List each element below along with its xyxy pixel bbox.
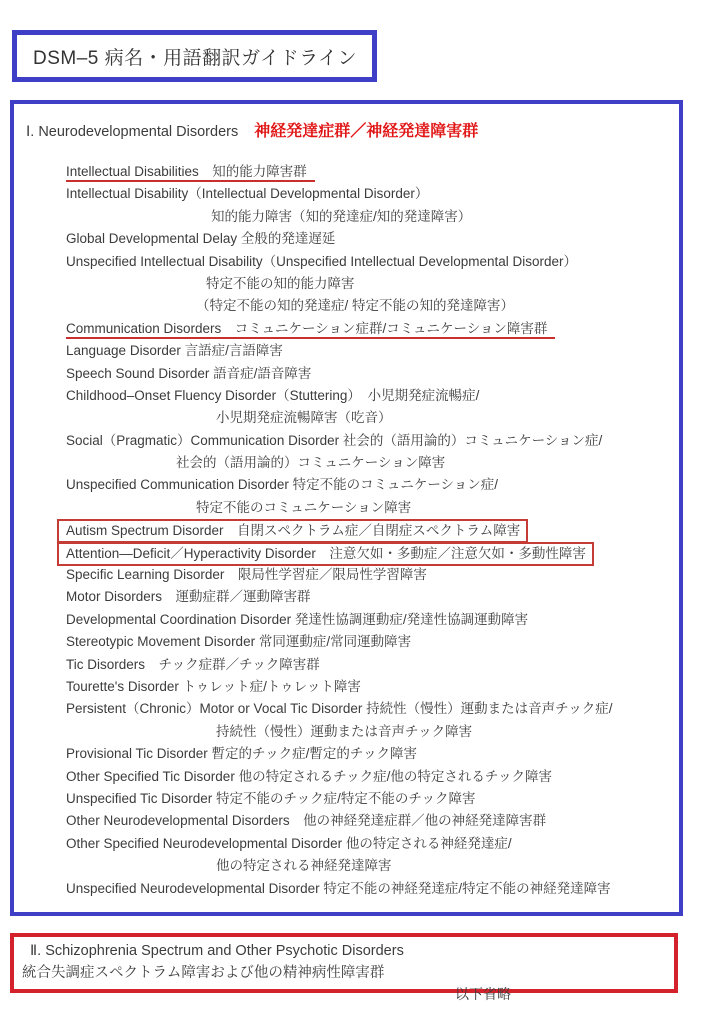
entry-text: Specific Learning Disorder 限局性学習症／限局性学習障…: [66, 567, 427, 582]
list-item: Unspecified Tic Disorder 特定不能のチック症/特定不能の…: [66, 788, 679, 810]
list-item: Other Neurodevelopmental Disorders 他の神経発…: [66, 810, 679, 832]
list-item: Attention—Deficit／Hyperactivity Disorder…: [66, 542, 679, 564]
entry-line: 知的能力障害（知的発達症/知的発達障害）: [66, 206, 679, 228]
entry-text: Other Specified Tic Disorder 他の特定されるチック症…: [66, 769, 552, 784]
entry-line: Other Neurodevelopmental Disorders 他の神経発…: [66, 810, 679, 832]
entry-text: 持続性（慢性）運動または音声チック障害: [216, 724, 472, 739]
footer-note: 以下省略: [455, 984, 511, 1004]
entry-line: Unspecified Tic Disorder 特定不能のチック症/特定不能の…: [66, 788, 679, 810]
entry-line: Language Disorder 言語症/言語障害: [66, 340, 679, 362]
document-title: DSM–5 病名・用語翻訳ガイドライン: [33, 43, 357, 70]
entry-text-box: Attention—Deficit／Hyperactivity Disorder…: [57, 542, 594, 566]
entry-text: 特定不能の知的能力障害: [206, 276, 355, 291]
section1-entry-list: Intellectual Disabilities 知的能力障害群Intelle…: [14, 161, 679, 900]
entry-line: 社会的（語用論的）コミュニケーション障害: [66, 452, 679, 474]
document-title-box: DSM–5 病名・用語翻訳ガイドライン: [12, 30, 377, 82]
entry-line: 持続性（慢性）運動または音声チック障害: [66, 721, 679, 743]
entry-text: Tic Disorders チック症群／チック障害群: [66, 657, 320, 672]
entry-line: Provisional Tic Disorder 暫定的チック症/暫定的チック障…: [66, 743, 679, 765]
list-item: Childhood–Onset Fluency Disorder（Stutter…: [66, 385, 679, 430]
entry-text: Unspecified Intellectual Disability（Unsp…: [66, 254, 577, 269]
list-item: Language Disorder 言語症/言語障害: [66, 340, 679, 362]
section2-panel: Ⅱ. Schizophrenia Spectrum and Other Psyc…: [10, 933, 678, 993]
entry-text: Developmental Coordination Disorder 発達性協…: [66, 612, 528, 627]
list-item: Stereotypic Movement Disorder 常同運動症/常同運動…: [66, 631, 679, 653]
list-item: Intellectual Disability（Intellectual Dev…: [66, 183, 679, 228]
entry-text-underline: Communication Disorders コミュニケーション症群/コミュニ…: [66, 321, 555, 339]
entry-line: Unspecified Neurodevelopmental Disorder …: [66, 878, 679, 900]
entry-line: Childhood–Onset Fluency Disorder（Stutter…: [66, 385, 679, 407]
entry-line: 特定不能の知的能力障害: [66, 273, 679, 295]
list-item: Unspecified Communication Disorder 特定不能の…: [66, 474, 679, 519]
entry-line: Specific Learning Disorder 限局性学習症／限局性学習障…: [66, 564, 679, 586]
entry-line: 特定不能のコミュニケーション障害: [66, 497, 679, 519]
entry-line: （特定不能の知的発達症/ 特定不能の知的発達障害）: [66, 295, 679, 317]
entry-line: Global Developmental Delay 全般的発達遅延: [66, 228, 679, 250]
section1-heading-ja: 神経発達症群／神経発達障害群: [254, 123, 478, 140]
entry-line: Social（Pragmatic）Communication Disorder …: [66, 430, 679, 452]
entry-text-box: Autism Spectrum Disorder 自閉スペクトラム症／自閉症スペ…: [57, 519, 528, 543]
list-item: Intellectual Disabilities 知的能力障害群: [66, 161, 679, 183]
list-item: Provisional Tic Disorder 暫定的チック症/暫定的チック障…: [66, 743, 679, 765]
list-item: Motor Disorders 運動症群／運動障害群: [66, 586, 679, 608]
entry-line: Communication Disorders コミュニケーション症群/コミュニ…: [66, 318, 679, 340]
entry-text: Unspecified Tic Disorder 特定不能のチック症/特定不能の…: [66, 791, 476, 806]
entry-line: Other Specified Tic Disorder 他の特定されるチック症…: [66, 766, 679, 788]
list-item: Communication Disorders コミュニケーション症群/コミュニ…: [66, 318, 679, 340]
entry-line: Speech Sound Disorder 語音症/語音障害: [66, 363, 679, 385]
entry-text: Speech Sound Disorder 語音症/語音障害: [66, 366, 311, 381]
list-item: Tic Disorders チック症群／チック障害群: [66, 654, 679, 676]
entry-text: Motor Disorders 運動症群／運動障害群: [66, 589, 311, 604]
entry-text: Language Disorder 言語症/言語障害: [66, 343, 283, 358]
entry-text: Tourette's Disorder トゥレット症/トゥレット障害: [66, 679, 361, 694]
list-item: Global Developmental Delay 全般的発達遅延: [66, 228, 679, 250]
list-item: Persistent（Chronic）Motor or Vocal Tic Di…: [66, 698, 679, 743]
list-item: Unspecified Neurodevelopmental Disorder …: [66, 878, 679, 900]
entry-line: Unspecified Intellectual Disability（Unsp…: [66, 251, 679, 273]
list-item: Other Specified Tic Disorder 他の特定されるチック症…: [66, 766, 679, 788]
entry-text: Global Developmental Delay 全般的発達遅延: [66, 231, 335, 246]
list-item: Specific Learning Disorder 限局性学習症／限局性学習障…: [66, 564, 679, 586]
entry-text: Provisional Tic Disorder 暫定的チック症/暫定的チック障…: [66, 746, 417, 761]
entry-text: 小児期発症流暢障害（吃音）: [216, 410, 392, 425]
entry-text: Unspecified Communication Disorder 特定不能の…: [66, 477, 498, 492]
entry-text: 知的能力障害（知的発達症/知的発達障害）: [211, 209, 471, 224]
entry-text: Childhood–Onset Fluency Disorder（Stutter…: [66, 388, 479, 403]
entry-text-underline: Intellectual Disabilities 知的能力障害群: [66, 164, 315, 182]
section2-heading-en: Ⅱ. Schizophrenia Spectrum and Other Psyc…: [14, 940, 674, 962]
entry-line: Attention—Deficit／Hyperactivity Disorder…: [66, 542, 679, 564]
entry-line: Tic Disorders チック症群／チック障害群: [66, 654, 679, 676]
entry-text: （特定不能の知的発達症/ 特定不能の知的発達障害）: [196, 298, 514, 313]
entry-line: Autism Spectrum Disorder 自閉スペクトラム症／自閉症スペ…: [66, 519, 679, 541]
entry-text: 社会的（語用論的）コミュニケーション障害: [176, 455, 445, 470]
entry-line: Intellectual Disability（Intellectual Dev…: [66, 183, 679, 205]
list-item: Social（Pragmatic）Communication Disorder …: [66, 430, 679, 475]
section2-heading-ja: 統合失調症スペクトラム障害および他の精神病性障害群: [14, 962, 674, 984]
list-item: Autism Spectrum Disorder 自閉スペクトラム症／自閉症スペ…: [66, 519, 679, 541]
section1-heading: Ⅰ. Neurodevelopmental Disorders神経発達症群／神経…: [14, 104, 679, 141]
entry-text: Other Neurodevelopmental Disorders 他の神経発…: [66, 813, 546, 828]
entry-line: 小児期発症流暢障害（吃音）: [66, 407, 679, 429]
entry-line: Motor Disorders 運動症群／運動障害群: [66, 586, 679, 608]
entry-text: Social（Pragmatic）Communication Disorder …: [66, 433, 602, 448]
entry-text: Unspecified Neurodevelopmental Disorder …: [66, 881, 611, 896]
list-item: Other Specified Neurodevelopmental Disor…: [66, 833, 679, 878]
entry-text: Intellectual Disability（Intellectual Dev…: [66, 186, 428, 201]
entry-text: Persistent（Chronic）Motor or Vocal Tic Di…: [66, 701, 612, 716]
entry-line: Tourette's Disorder トゥレット症/トゥレット障害: [66, 676, 679, 698]
entry-line: Other Specified Neurodevelopmental Disor…: [66, 833, 679, 855]
entry-text: 特定不能のコミュニケーション障害: [196, 500, 411, 515]
entry-line: Stereotypic Movement Disorder 常同運動症/常同運動…: [66, 631, 679, 653]
entry-text: 他の特定される神経発達障害: [216, 858, 392, 873]
entry-text: Other Specified Neurodevelopmental Disor…: [66, 836, 512, 851]
entry-text: Stereotypic Movement Disorder 常同運動症/常同運動…: [66, 634, 411, 649]
list-item: Tourette's Disorder トゥレット症/トゥレット障害: [66, 676, 679, 698]
list-item: Developmental Coordination Disorder 発達性協…: [66, 609, 679, 631]
list-item: Speech Sound Disorder 語音症/語音障害: [66, 363, 679, 385]
entry-line: Intellectual Disabilities 知的能力障害群: [66, 161, 679, 183]
entry-line: Unspecified Communication Disorder 特定不能の…: [66, 474, 679, 496]
entry-line: Persistent（Chronic）Motor or Vocal Tic Di…: [66, 698, 679, 720]
entry-line: Developmental Coordination Disorder 発達性協…: [66, 609, 679, 631]
section1-panel: Ⅰ. Neurodevelopmental Disorders神経発達症群／神経…: [10, 100, 683, 916]
section1-heading-en: Ⅰ. Neurodevelopmental Disorders: [26, 124, 238, 140]
list-item: Unspecified Intellectual Disability（Unsp…: [66, 251, 679, 318]
entry-line: 他の特定される神経発達障害: [66, 855, 679, 877]
